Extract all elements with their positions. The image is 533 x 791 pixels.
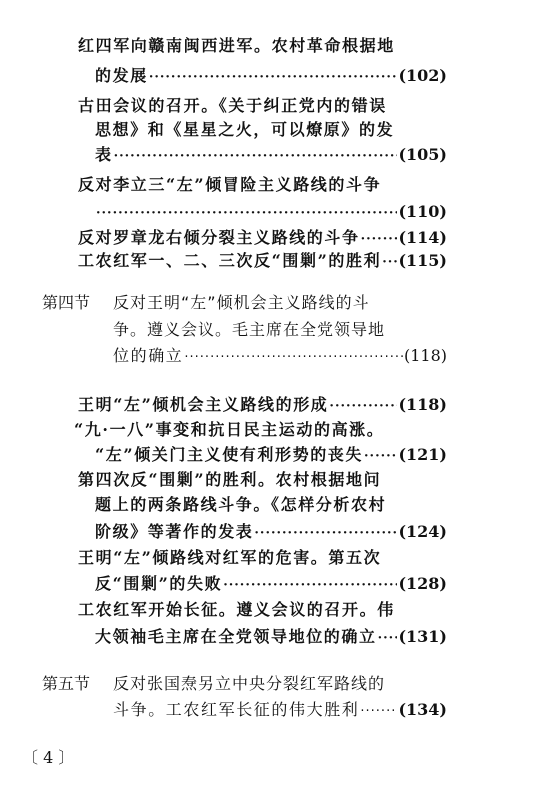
page-number: (105) <box>398 145 447 165</box>
toc-entry-text: 的发展 <box>95 66 148 86</box>
toc-entry-row[interactable]: ········································… <box>95 202 447 224</box>
toc-entry-text: 工农红军开始长征。遵义会议的召开。伟 <box>78 600 395 620</box>
toc-entry-text: “左”倾关门主义使有利形势的丧失 <box>95 445 363 465</box>
dot-leader: ········································… <box>364 447 397 467</box>
toc-entry-text: 王明“左”倾机会主义路线的形成 <box>78 395 328 415</box>
toc-entry-text: 王明“左”倾路线对红军的危害。第五次 <box>78 548 381 568</box>
page-number: (118) <box>398 395 447 415</box>
toc-entry-row[interactable]: 王明“左”倾机会主义路线的形成 ························… <box>78 395 447 417</box>
toc-entry-row[interactable]: “左”倾关门主义使有利形势的丧失 ·······················… <box>95 445 447 467</box>
dot-leader: ········································… <box>378 629 398 649</box>
page-number: (128) <box>398 574 447 594</box>
section-title: 斗争。工农红军长征的伟大胜利 <box>113 700 359 720</box>
page-number: (110) <box>398 202 447 222</box>
toc-entry-text: 工农红军一、二、三次反“围剿”的胜利 <box>78 251 381 271</box>
page-number: (131) <box>398 627 447 647</box>
dot-leader: ········································… <box>329 397 397 417</box>
page-number: (124) <box>398 522 447 542</box>
page-number: (115) <box>398 251 447 271</box>
dot-leader: ········································… <box>382 253 397 273</box>
page-number: (118) <box>404 346 447 366</box>
section-label: 第五节 <box>42 674 90 694</box>
toc-entry-text: 红四军向赣南闽西进军。农村革命根据地 <box>78 36 395 56</box>
toc-entry-text: 思想》和《星星之火，可以燎原》的发 <box>95 120 394 140</box>
section-title: 反对张国焘另立中央分裂红军路线的 <box>113 674 385 694</box>
toc-entry-text: 古田会议的召开。《关于纠正党内的错误 <box>78 96 387 116</box>
section-title: 争。遵义会议。毛主席在全党领导地 <box>113 320 385 340</box>
toc-entry-row[interactable]: 表 ······································… <box>95 145 447 167</box>
dot-leader: ········································… <box>184 348 403 368</box>
toc-entry-row[interactable]: 大领袖毛主席在全党领导地位的确立 ·······················… <box>95 627 447 649</box>
toc-entry-text: 大领袖毛主席在全党领导地位的确立 <box>95 627 377 647</box>
toc-section-row[interactable]: 位的确立 ···································… <box>113 346 447 368</box>
dot-leader: ········································… <box>96 204 397 224</box>
section-label: 第四节 <box>42 293 90 313</box>
dot-leader: ········································… <box>149 68 398 88</box>
toc-entry-row[interactable]: 工农红军一、二、三次反“围剿”的胜利 ·····················… <box>78 251 447 273</box>
dot-leader: ········································… <box>254 524 397 544</box>
page-number: (102) <box>398 66 447 86</box>
toc-entry-row[interactable]: 反对罗章龙右倾分裂主义路线的斗争 ·······················… <box>78 228 447 250</box>
toc-entry-text: 表 <box>95 145 113 165</box>
section-title: 位的确立 <box>113 346 183 366</box>
page-number: (121) <box>398 445 447 465</box>
dot-leader: ········································… <box>360 702 397 722</box>
toc-entry-row[interactable]: 的发展 ····································… <box>95 66 447 88</box>
dot-leader: ········································… <box>361 230 398 250</box>
page-number-footer: 〔 4 〕 <box>22 748 74 768</box>
toc-entry-text: 题上的两条路线斗争。《怎样分析农村 <box>95 495 386 515</box>
toc-entry-text: 阶级》等著作的发表 <box>95 522 253 542</box>
page-number: (114) <box>398 228 447 248</box>
toc-section-row[interactable]: 斗争。工农红军长征的伟大胜利 ·························… <box>113 700 447 722</box>
section-title: 反对王明“左”倾机会主义路线的斗 <box>113 293 370 313</box>
toc-entry-text: 反“围剿”的失败 <box>95 574 222 594</box>
page-number: (134) <box>398 700 447 720</box>
toc-entry-text: “九·一八”事变和抗日民主运动的高涨。 <box>74 420 384 440</box>
dot-leader: ········································… <box>223 576 397 596</box>
dot-leader: ········································… <box>114 147 398 167</box>
toc-entry-text: 第四次反“围剿”的胜利。农村根据地问 <box>78 470 381 490</box>
toc-entry-text: 反对李立三“左”倾冒险主义路线的斗争 <box>78 175 381 195</box>
toc-entry-row[interactable]: 反“围剿”的失败 ·······························… <box>95 574 447 596</box>
toc-entry-text: 反对罗章龙右倾分裂主义路线的斗争 <box>78 228 360 248</box>
toc-entry-row[interactable]: 阶级》等著作的发表 ······························… <box>95 522 447 544</box>
